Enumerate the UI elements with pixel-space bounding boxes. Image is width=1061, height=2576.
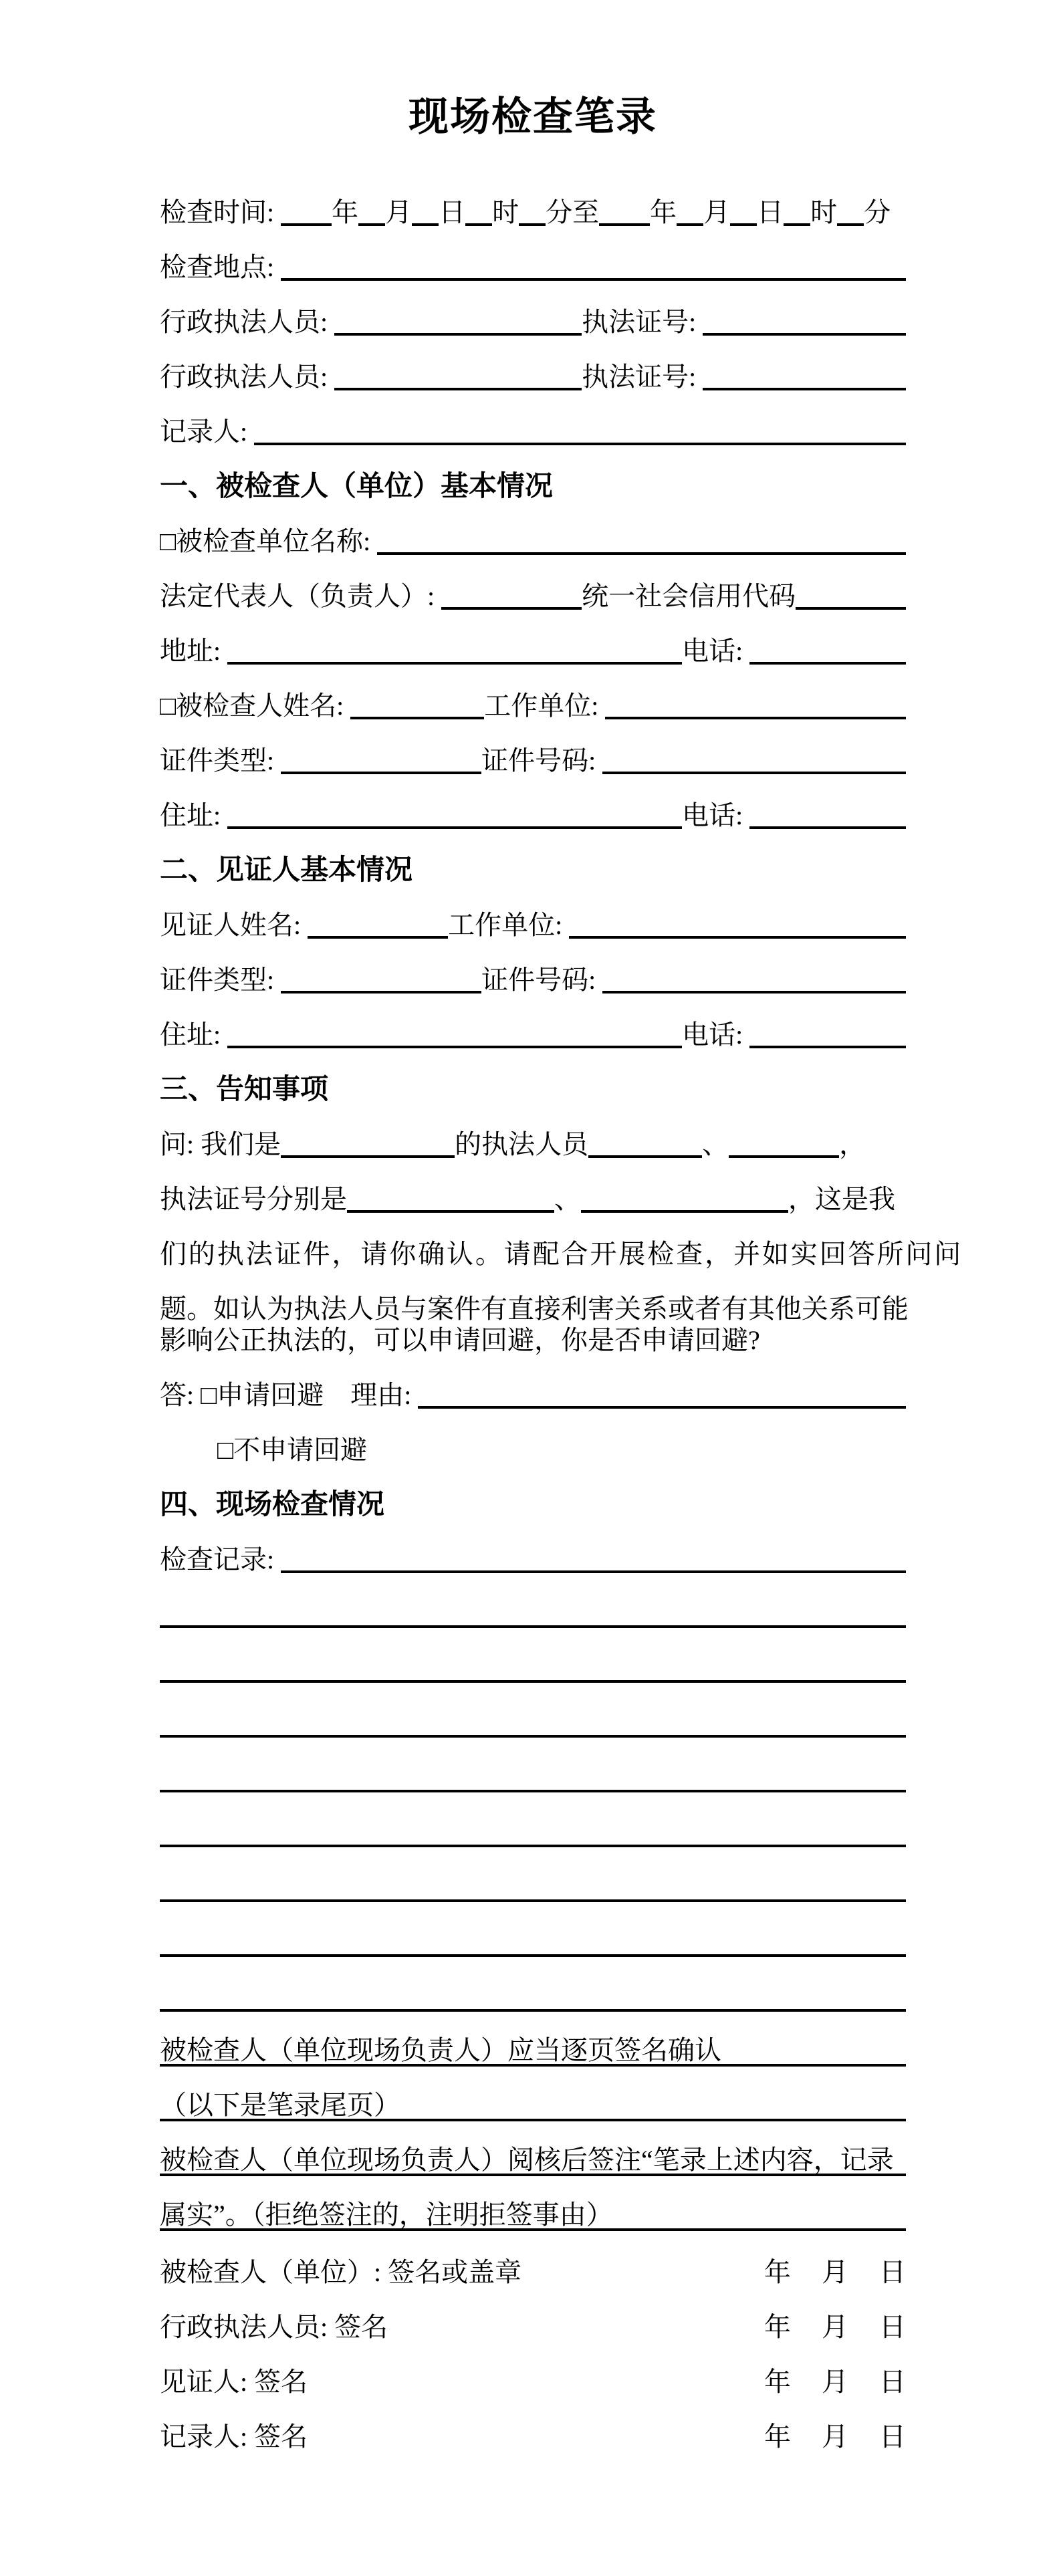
legal-rep-label: 法定代表人（负责人）: [160, 583, 441, 610]
blank-witness-phone [749, 1046, 906, 1048]
blank-person-name [350, 717, 484, 719]
blank-witness-name [308, 936, 448, 939]
record-blank-line-1 [160, 1573, 906, 1628]
blank-recorder [254, 443, 906, 445]
blank-inspect-record [281, 1570, 906, 1573]
blank-hour-2 [784, 223, 810, 226]
blank-recuse-reason [418, 1406, 906, 1409]
row-signature-recorder: 记录人: 签名 年 月 日 [160, 2395, 906, 2450]
row-witness-name: 见证人姓名: 工作单位: [160, 884, 906, 939]
cert-numbers-text: 执法证号分别是 [160, 1186, 347, 1213]
row-inspect-time: 检查时间: 年 月 日 时 分至 年 月 日 时 分 [160, 171, 906, 226]
witness-id-type-label: 证件类型: [160, 967, 281, 993]
unit-year-2: 年 [650, 199, 677, 226]
record-blank-line-8 [160, 1957, 906, 2012]
row-review-note-line2: 属实”。（拒绝签注的，注明拒签事由） [160, 2176, 906, 2231]
row-confirm-note: 被检查人（单位现场负责人）应当逐页签名确认 [160, 2012, 906, 2067]
blank-legal-rep [441, 607, 582, 610]
blank-officer-name-1 [588, 1155, 702, 1158]
blank-officer-1-cert [703, 333, 906, 336]
row-tail-note: （以下是笔录尾页） [160, 2067, 906, 2121]
person-work-unit-label: 工作单位: [484, 693, 605, 719]
blank-officer-1-name [334, 333, 582, 336]
address-label: 地址: [160, 638, 227, 665]
phone-label: 电话: [682, 638, 749, 665]
signature-inspected-label: 被检查人（单位）: 签名或盖章 [160, 2259, 521, 2286]
date-day-label: 日 [879, 2369, 906, 2395]
date-year-label: 年 [764, 2369, 791, 2395]
signature-recorder-label: 记录人: 签名 [160, 2424, 308, 2450]
person-id-number-label: 证件号码: [481, 747, 602, 774]
section1-heading: 一、被检查人（单位）基本情况 [160, 472, 553, 500]
review-note-line2-text: 属实”。（拒绝签注的，注明拒签事由） [160, 2202, 613, 2228]
person-residence-label: 住址: [160, 802, 227, 829]
blank-person-work-unit [605, 717, 906, 719]
row-legal-rep: 法定代表人（负责人）: 统一社会信用代码 [160, 555, 906, 610]
blank-officer-2-cert [703, 388, 906, 390]
date-year-label: 年 [764, 2314, 791, 2341]
row-section2-heading: 二、见证人基本情况 [160, 829, 906, 884]
unit-name-label: 被检查单位名称: [176, 528, 377, 555]
witness-name-label: 见证人姓名: [160, 912, 308, 939]
blank-person-phone [749, 826, 906, 829]
row-person-id: 证件类型: 证件号码: [160, 719, 906, 774]
unit-month-1: 月 [385, 199, 412, 226]
date-year-label: 年 [764, 2259, 791, 2286]
witness-work-unit-label: 工作单位: [448, 912, 569, 939]
person-phone-label: 电话: [682, 802, 749, 829]
officer-2-label: 行政执法人员: [160, 364, 334, 390]
unit-minute-to: 分至 [546, 199, 599, 226]
section4-heading: 四、现场检查情况 [160, 1490, 384, 1518]
row-witness-id: 证件类型: 证件号码: [160, 939, 906, 993]
record-blank-line-3 [160, 1683, 906, 1738]
unit-year-1: 年 [332, 199, 358, 226]
document-page: 现场检查笔录 检查时间: 年 月 日 时 分至 年 月 日 时 分 检查地点: … [0, 0, 1061, 2576]
row-person-name: □ 被检查人姓名: 工作单位: [160, 665, 906, 719]
date-day-label: 日 [879, 2424, 906, 2450]
officer-1-label: 行政执法人员: [160, 309, 334, 336]
unit-month-2: 月 [703, 199, 730, 226]
unit-minute-2: 分 [864, 199, 891, 226]
signature-recorder-date: 年 月 日 [764, 2424, 906, 2450]
blank-day-2 [730, 223, 757, 226]
credit-code-label: 统一社会信用代码 [582, 583, 796, 610]
record-blank-line-2 [160, 1628, 906, 1683]
inspect-record-label: 检查记录: [160, 1546, 281, 1573]
signature-inspected-date: 年 月 日 [764, 2259, 906, 2286]
blank-witness-id-type [281, 991, 481, 993]
blank-witness-id-number [602, 991, 906, 993]
row-witness-residence: 住址: 电话: [160, 993, 906, 1048]
question-comma: ， [839, 1131, 866, 1158]
person-name-label: 被检查人姓名: [176, 693, 350, 719]
answer-option-no-recuse: 不申请回避 [233, 1437, 367, 1463]
row-question-line3: 们的执法证件，请你确认。请配合开展检查，并如实回答所问问 [160, 1213, 906, 1268]
question-line4-text: 题。如认为执法人员与案件有直接利害关系或者有其他关系可能 [160, 1296, 909, 1322]
witness-residence-label: 住址: [160, 1022, 227, 1048]
unit-hour-1: 时 [492, 199, 519, 226]
row-officer-2: 行政执法人员: 执法证号: [160, 336, 906, 390]
blank-witness-residence [227, 1046, 682, 1048]
row-question-line4: 题。如认为执法人员与案件有直接利害关系或者有其他关系可能 [160, 1268, 906, 1322]
checkbox-recuse-icon: □ [201, 1382, 217, 1409]
row-unit-address: 地址: 电话: [160, 610, 906, 665]
answer-prefix: 答: [160, 1382, 201, 1409]
unit-day-2: 日 [757, 199, 784, 226]
blank-credit-code [796, 607, 906, 610]
inspect-place-label: 检查地点: [160, 254, 281, 281]
record-blank-line-6 [160, 1847, 906, 1902]
question-separator: 、 [702, 1131, 729, 1158]
checkbox-person-icon: □ [160, 693, 176, 719]
row-unit-name: □ 被检查单位名称: [160, 500, 906, 555]
blank-month-2 [677, 223, 703, 226]
date-month-label: 月 [822, 2259, 848, 2286]
review-note-line1-text: 被检查人（单位现场负责人）阅核后签注“笔录上述内容，记录 [160, 2147, 894, 2174]
row-section3-heading: 三、告知事项 [160, 1048, 906, 1103]
blank-cert-number-2 [581, 1210, 788, 1213]
blank-hour-1 [465, 223, 492, 226]
blank-inspect-place [281, 278, 906, 281]
row-signature-inspected: 被检查人（单位）: 签名或盖章 年 月 日 [160, 2231, 906, 2286]
answer-option-recuse: 申请回避 [217, 1382, 324, 1409]
date-day-label: 日 [879, 2259, 906, 2286]
blank-witness-work-unit [569, 936, 906, 939]
blank-day-1 [412, 223, 439, 226]
row-signature-officer: 行政执法人员: 签名 年 月 日 [160, 2286, 906, 2341]
record-blank-line-5 [160, 1792, 906, 1847]
cert-separator: 、 [554, 1186, 581, 1213]
row-answer-no-recuse: □ 不申请回避 [160, 1409, 906, 1463]
signature-officer-label: 行政执法人员: 签名 [160, 2314, 388, 2341]
question-line3-text: 们的执法证件，请你确认。请配合开展检查，并如实回答所问问 [160, 1241, 963, 1268]
section3-heading: 三、告知事项 [160, 1075, 328, 1103]
cert-tail-text: ，这是我 [788, 1186, 895, 1213]
checkbox-unit-icon: □ [160, 528, 176, 555]
recorder-label: 记录人: [160, 419, 254, 445]
question-prefix: 问: 我们是 [160, 1131, 281, 1158]
row-question-line2: 执法证号分别是 、 ，这是我 [160, 1158, 906, 1213]
blank-year-1 [281, 223, 332, 226]
signature-officer-date: 年 月 日 [764, 2314, 906, 2341]
row-review-note-line1: 被检查人（单位现场负责人）阅核后签注“笔录上述内容，记录 [160, 2121, 906, 2176]
date-day-label: 日 [879, 2314, 906, 2341]
blank-address [227, 662, 682, 665]
blank-agency [281, 1155, 455, 1158]
row-signature-witness: 见证人: 签名 年 月 日 [160, 2341, 906, 2395]
row-answer: 答: □ 申请回避 理由: [160, 1354, 906, 1409]
question-line5-text: 影响公正执法的，可以申请回避，你是否申请回避? [160, 1327, 760, 1354]
unit-hour-2: 时 [810, 199, 837, 226]
blank-minute-1 [519, 223, 546, 226]
blank-unit-name [377, 552, 906, 555]
date-month-label: 月 [822, 2314, 848, 2341]
date-month-label: 月 [822, 2424, 848, 2450]
row-section4-heading: 四、现场检查情况 [160, 1463, 906, 1518]
confirm-note-text: 被检查人（单位现场负责人）应当逐页签名确认 [160, 2037, 721, 2064]
blank-officer-name-2 [729, 1155, 839, 1158]
signature-witness-date: 年 月 日 [764, 2369, 906, 2395]
blank-year-2 [599, 223, 650, 226]
row-officer-1: 行政执法人员: 执法证号: [160, 281, 906, 336]
unit-day-1: 日 [439, 199, 465, 226]
row-question-line5: 影响公正执法的，可以申请回避，你是否申请回避? [160, 1322, 906, 1354]
record-blank-line-7 [160, 1902, 906, 1957]
officer-1-cert-label: 执法证号: [582, 309, 703, 336]
blank-cert-number-1 [347, 1210, 554, 1213]
row-question-line1: 问: 我们是 的执法人员 、 ， [160, 1103, 906, 1158]
inspect-time-label: 检查时间: [160, 199, 281, 226]
checkbox-no-recuse-icon: □ [217, 1437, 233, 1463]
page-title: 现场检查笔录 [160, 87, 906, 147]
answer-reason-label: 理由: [324, 1382, 418, 1409]
officer-2-cert-label: 执法证号: [582, 364, 703, 390]
person-id-type-label: 证件类型: [160, 747, 281, 774]
blank-person-id-number [602, 772, 906, 774]
record-blank-line-4 [160, 1738, 906, 1792]
date-month-label: 月 [822, 2369, 848, 2395]
tail-note-text: （以下是笔录尾页） [160, 2092, 400, 2119]
blank-minute-2 [837, 223, 864, 226]
row-section1-heading: 一、被检查人（单位）基本情况 [160, 445, 906, 500]
witness-phone-label: 电话: [682, 1022, 749, 1048]
section2-heading: 二、见证人基本情况 [160, 856, 412, 884]
blank-person-residence [227, 826, 682, 829]
signature-witness-label: 见证人: 签名 [160, 2369, 308, 2395]
row-inspect-place: 检查地点: [160, 226, 906, 281]
row-inspect-record: 检查记录: [160, 1518, 906, 1573]
blank-officer-2-name [334, 388, 582, 390]
witness-id-number-label: 证件号码: [481, 967, 602, 993]
date-year-label: 年 [764, 2424, 791, 2450]
blank-phone [749, 662, 906, 665]
row-person-residence: 住址: 电话: [160, 774, 906, 829]
question-officers-text: 的执法人员 [455, 1131, 588, 1158]
row-recorder: 记录人: [160, 390, 906, 445]
blank-person-id-type [281, 772, 481, 774]
blank-month-1 [358, 223, 385, 226]
